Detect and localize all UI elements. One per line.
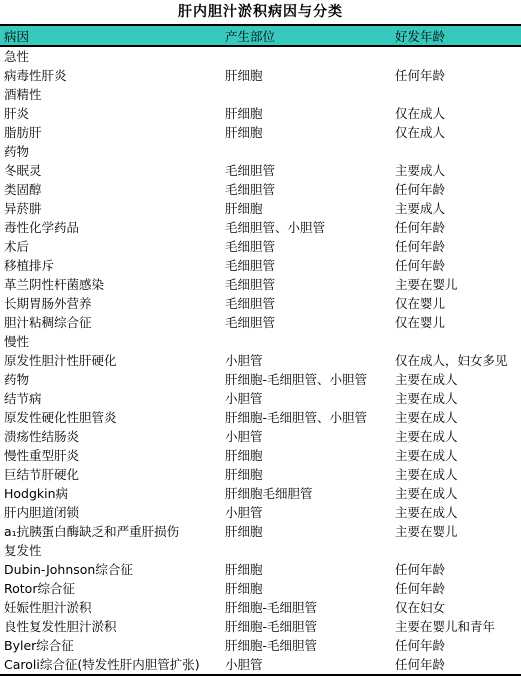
table-row: 毒性化学药品 毛细胆管、小胆管 任何年龄 xyxy=(0,218,521,237)
age-cell: 任何年龄 xyxy=(391,237,521,256)
site-cell: 肝细胞 xyxy=(221,560,391,579)
age-cell: 主要在成人 xyxy=(391,389,521,408)
site-cell: 肝细胞 xyxy=(221,522,391,541)
table-row: 类固醇 毛细胆管 任何年龄 xyxy=(0,180,521,199)
site-cell xyxy=(221,541,391,560)
table-row: 异菸肼 肝细胞 主要成人 xyxy=(0,199,521,218)
table-row: 长期胃肠外营养 毛细胆管 仅在婴儿 xyxy=(0,294,521,313)
cause-cell: 术后 xyxy=(0,237,221,256)
cause-cell: 冬眠灵 xyxy=(0,161,221,180)
table-row: Caroli综合征(特发性肝内胆管扩张) 小胆管 任何年龄 xyxy=(0,655,521,675)
site-cell xyxy=(221,332,391,351)
column-header-site: 产生部位 xyxy=(221,25,391,46)
site-cell: 小胆管 xyxy=(221,503,391,522)
cause-cell: Caroli综合征(特发性肝内胆管扩张) xyxy=(0,655,221,675)
site-cell: 毛细胆管、小胆管 xyxy=(221,218,391,237)
table-row: 移植排斥 毛细胆管 任何年龄 xyxy=(0,256,521,275)
site-cell: 小胆管 xyxy=(221,389,391,408)
cause-cell: 酒精性 xyxy=(0,85,221,104)
age-cell: 仅在成人，妇女多见 xyxy=(391,351,521,370)
cause-cell: 胆汁粘稠综合征 xyxy=(0,313,221,332)
site-cell: 肝细胞-毛细胆管 xyxy=(221,617,391,636)
site-cell xyxy=(221,142,391,161)
age-cell: 主要成人 xyxy=(391,199,521,218)
cause-cell: a₁抗胰蛋白酶缺乏和严重肝损伤 xyxy=(0,522,221,541)
site-cell: 肝细胞毛细胆管 xyxy=(221,484,391,503)
age-cell: 主要成人 xyxy=(391,161,521,180)
age-cell: 仅在婴儿 xyxy=(391,313,521,332)
cause-cell: 慢性 xyxy=(0,332,221,351)
site-cell: 毛细胆管 xyxy=(221,275,391,294)
page-title: 肝内胆汁淤积病因与分类 xyxy=(0,0,521,24)
table-row: 慢性重型肝炎 肝细胞 主要在成人 xyxy=(0,446,521,465)
table-row: 复发性 xyxy=(0,541,521,560)
table-row: 革兰阴性杆菌感染 毛细胆管 主要在婴儿 xyxy=(0,275,521,294)
site-cell: 肝细胞-毛细胆管、小胆管 xyxy=(221,370,391,389)
site-cell: 肝细胞 xyxy=(221,465,391,484)
cause-cell: 肝炎 xyxy=(0,104,221,123)
table-row: 脂肪肝 肝细胞 仅在成人 xyxy=(0,123,521,142)
cause-cell: Dubin-Johnson综合征 xyxy=(0,560,221,579)
age-cell: 任何年龄 xyxy=(391,256,521,275)
age-cell xyxy=(391,332,521,351)
table-row: 原发性硬化性胆管炎 肝细胞-毛细胆管、小胆管 主要在成人 xyxy=(0,408,521,427)
table-row: 病毒性肝炎 肝细胞 任何年龄 xyxy=(0,66,521,85)
cause-cell: 结节病 xyxy=(0,389,221,408)
table-row: 急性 xyxy=(0,46,521,66)
age-cell: 主要在婴儿 xyxy=(391,522,521,541)
cause-cell: 原发性胆汁性肝硬化 xyxy=(0,351,221,370)
cause-cell: 溃疡性结肠炎 xyxy=(0,427,221,446)
table-row: 胆汁粘稠综合征 毛细胆管 仅在婴儿 xyxy=(0,313,521,332)
table-row: Hodgkin病 肝细胞毛细胆管 主要在成人 xyxy=(0,484,521,503)
site-cell: 毛细胆管 xyxy=(221,313,391,332)
age-cell: 任何年龄 xyxy=(391,180,521,199)
age-cell: 任何年龄 xyxy=(391,66,521,85)
column-header-cause: 病因 xyxy=(0,25,221,46)
table-row: 肝内胆道闭锁 小胆管 主要在成人 xyxy=(0,503,521,522)
table-row: 药物 肝细胞-毛细胆管、小胆管 主要在成人 xyxy=(0,370,521,389)
age-cell xyxy=(391,142,521,161)
site-cell: 小胆管 xyxy=(221,427,391,446)
cause-cell: 巨结节肝硬化 xyxy=(0,465,221,484)
table-row: Dubin-Johnson综合征 肝细胞 任何年龄 xyxy=(0,560,521,579)
cause-cell: 异菸肼 xyxy=(0,199,221,218)
cause-cell: 慢性重型肝炎 xyxy=(0,446,221,465)
site-cell: 毛细胆管 xyxy=(221,256,391,275)
age-cell: 任何年龄 xyxy=(391,218,521,237)
table-row: 溃疡性结肠炎 小胆管 主要在成人 xyxy=(0,427,521,446)
age-cell: 主要在成人 xyxy=(391,503,521,522)
etiology-table: 病因 产生部位 好发年龄 急性 病毒性肝炎 肝细胞 任何年龄 酒精性 肝炎 肝细… xyxy=(0,24,521,676)
site-cell: 毛细胆管 xyxy=(221,294,391,313)
site-cell: 肝细胞-毛细胆管、小胆管 xyxy=(221,408,391,427)
site-cell: 毛细胆管 xyxy=(221,161,391,180)
age-cell: 主要在成人 xyxy=(391,370,521,389)
age-cell xyxy=(391,85,521,104)
age-cell: 仅在成人 xyxy=(391,104,521,123)
table-row: 原发性胆汁性肝硬化 小胆管 仅在成人，妇女多见 xyxy=(0,351,521,370)
site-cell xyxy=(221,85,391,104)
cause-cell: 急性 xyxy=(0,46,221,66)
site-cell: 肝细胞-毛细胆管 xyxy=(221,636,391,655)
site-cell: 肝细胞-毛细胆管 xyxy=(221,598,391,617)
table-row: Rotor综合征 肝细胞 任何年龄 xyxy=(0,579,521,598)
site-cell xyxy=(221,46,391,66)
age-cell: 主要在婴儿和青年 xyxy=(391,617,521,636)
document-page: 肝内胆汁淤积病因与分类 病因 产生部位 好发年龄 急性 病毒性肝炎 肝细胞 任何… xyxy=(0,0,521,679)
age-cell: 仅在婴儿 xyxy=(391,294,521,313)
cause-cell: 移植排斥 xyxy=(0,256,221,275)
age-cell: 任何年龄 xyxy=(391,655,521,675)
table-header-row: 病因 产生部位 好发年龄 xyxy=(0,25,521,46)
cause-cell: 革兰阴性杆菌感染 xyxy=(0,275,221,294)
site-cell: 肝细胞 xyxy=(221,104,391,123)
age-cell: 主要在成人 xyxy=(391,427,521,446)
site-cell: 毛细胆管 xyxy=(221,237,391,256)
cause-cell: 毒性化学药品 xyxy=(0,218,221,237)
table-row: 结节病 小胆管 主要在成人 xyxy=(0,389,521,408)
site-cell: 肝细胞 xyxy=(221,199,391,218)
cause-cell: 类固醇 xyxy=(0,180,221,199)
cause-cell: 复发性 xyxy=(0,541,221,560)
table-row: 药物 xyxy=(0,142,521,161)
cause-cell: Rotor综合征 xyxy=(0,579,221,598)
age-cell: 主要在成人 xyxy=(391,408,521,427)
cause-cell: 药物 xyxy=(0,142,221,161)
table-row: 冬眠灵 毛细胆管 主要成人 xyxy=(0,161,521,180)
table-body: 急性 病毒性肝炎 肝细胞 任何年龄 酒精性 肝炎 肝细胞 仅在成人 脂肪肝 肝细… xyxy=(0,46,521,675)
age-cell xyxy=(391,541,521,560)
cause-cell: Byler综合征 xyxy=(0,636,221,655)
age-cell xyxy=(391,46,521,66)
age-cell: 主要在成人 xyxy=(391,465,521,484)
table-row: Byler综合征 肝细胞-毛细胆管 任何年龄 xyxy=(0,636,521,655)
site-cell: 小胆管 xyxy=(221,351,391,370)
table-row: 肝炎 肝细胞 仅在成人 xyxy=(0,104,521,123)
site-cell: 小胆管 xyxy=(221,655,391,675)
age-cell: 任何年龄 xyxy=(391,636,521,655)
cause-cell: Hodgkin病 xyxy=(0,484,221,503)
table-row: 慢性 xyxy=(0,332,521,351)
column-header-age: 好发年龄 xyxy=(391,25,521,46)
cause-cell: 长期胃肠外营养 xyxy=(0,294,221,313)
table-row: 术后 毛细胆管 任何年龄 xyxy=(0,237,521,256)
age-cell: 仅在妇女 xyxy=(391,598,521,617)
cause-cell: 良性复发性胆汁淤积 xyxy=(0,617,221,636)
site-cell: 肝细胞 xyxy=(221,123,391,142)
table-row: 巨结节肝硬化 肝细胞 主要在成人 xyxy=(0,465,521,484)
cause-cell: 妊娠性胆汁淤积 xyxy=(0,598,221,617)
age-cell: 主要在成人 xyxy=(391,446,521,465)
table-row: 妊娠性胆汁淤积 肝细胞-毛细胆管 仅在妇女 xyxy=(0,598,521,617)
cause-cell: 药物 xyxy=(0,370,221,389)
site-cell: 肝细胞 xyxy=(221,446,391,465)
cause-cell: 肝内胆道闭锁 xyxy=(0,503,221,522)
cause-cell: 脂肪肝 xyxy=(0,123,221,142)
age-cell: 任何年龄 xyxy=(391,560,521,579)
cause-cell: 病毒性肝炎 xyxy=(0,66,221,85)
table-row: a₁抗胰蛋白酶缺乏和严重肝损伤 肝细胞 主要在婴儿 xyxy=(0,522,521,541)
age-cell: 主要在婴儿 xyxy=(391,275,521,294)
age-cell: 主要在成人 xyxy=(391,484,521,503)
age-cell: 仅在成人 xyxy=(391,123,521,142)
site-cell: 毛细胆管 xyxy=(221,180,391,199)
age-cell: 任何年龄 xyxy=(391,579,521,598)
table-row: 酒精性 xyxy=(0,85,521,104)
site-cell: 肝细胞 xyxy=(221,579,391,598)
table-row: 良性复发性胆汁淤积 肝细胞-毛细胆管 主要在婴儿和青年 xyxy=(0,617,521,636)
site-cell: 肝细胞 xyxy=(221,66,391,85)
cause-cell: 原发性硬化性胆管炎 xyxy=(0,408,221,427)
